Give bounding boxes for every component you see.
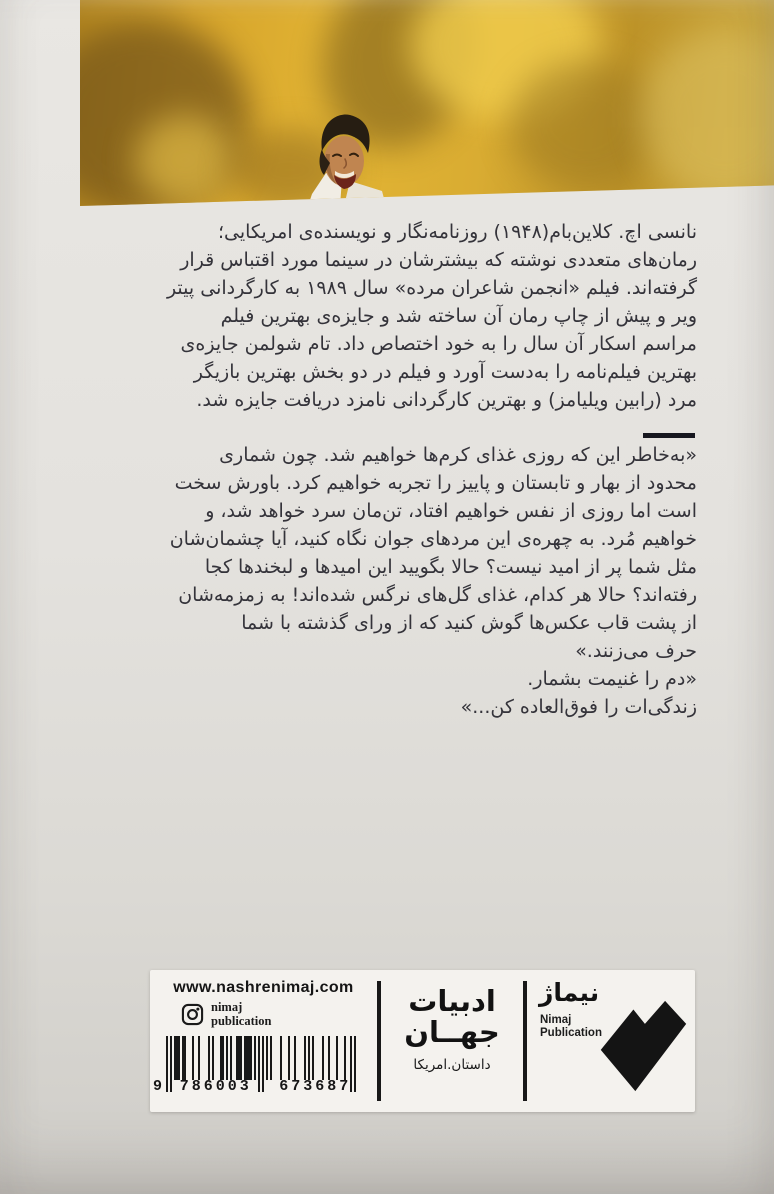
series-zone: ادبیات جهــان داستان.امریکا (381, 970, 523, 1112)
barcode-digits-left: 786003 (166, 1078, 266, 1095)
cover-photo (80, 0, 774, 206)
bio-line: بهترین فیلم‌نامه را به‌دست آورد و فیلم د… (175, 358, 697, 386)
excerpt-line: محدود از بهار و تابستان و پاییز را تجربه… (175, 469, 697, 497)
bio-line: مرد (رابین ویلیامز) و بهترین کارگردانی ن… (175, 386, 697, 414)
series-title: ادبیات جهــان (381, 986, 523, 1048)
excerpt-quote-line: «دم را غنیمت بشمار. (175, 665, 697, 693)
author-bio: نانسی اچ. کلاین‌بام(۱۹۴۸) روزنامه‌نگار و… (175, 218, 697, 414)
photo-highlight-blob (135, 115, 235, 205)
excerpt-line: مثل شما پر از امید نیست؟ حالا بگویید این… (175, 553, 697, 581)
barcode-digit-first: 9 (153, 1078, 166, 1095)
instagram-handle-line2: publication (211, 1015, 271, 1029)
laughing-man-portrait (302, 110, 390, 206)
publisher-website: www.nashrenimaj.com (150, 979, 377, 997)
nimaj-book-logo-icon (595, 996, 691, 1096)
instagram-row: nimaj publication (181, 1001, 377, 1029)
instagram-handle: nimaj publication (211, 1001, 271, 1029)
instagram-handle-line1: nimaj (211, 1001, 271, 1015)
book-excerpt: «به‌خاطر این که روزی غذای کرم‌ها خواهیم … (175, 441, 697, 721)
excerpt-quote-line: زندگی‌ات را فوق‌العاده کن...» (175, 693, 697, 721)
bio-line: مراسم اسکار آن سال را به خود اختصاص داد.… (175, 330, 697, 358)
section-divider-rule (643, 433, 695, 438)
publisher-label: www.nashrenimaj.com nimaj publication 9 … (150, 970, 695, 1112)
publisher-wordmark-fa: نیماژ (539, 978, 599, 1007)
barcode-digits-right: 673687 (266, 1078, 366, 1095)
barcode-digits: 9 786003 673687 (153, 1078, 365, 1095)
excerpt-line: است اما روزی از نفس خواهیم افتاد، تن‌مان… (175, 497, 697, 525)
barcode-zone: www.nashrenimaj.com nimaj publication 9 … (150, 970, 377, 1112)
series-subtitle: داستان.امریکا (381, 1057, 523, 1073)
book-back-cover: نانسی اچ. کلاین‌بام(۱۹۴۸) روزنامه‌نگار و… (0, 0, 774, 1194)
photo-highlight-blob (640, 30, 774, 200)
bio-line: ویر و پیش از چاپ رمان آن ساخته شد و جایز… (175, 302, 697, 330)
excerpt-line: از پشت قاب عکس‌ها گوش کنید که از ورای گذ… (175, 609, 697, 637)
publisher-name-en-line2: Publication (540, 1027, 602, 1040)
publisher-name-en: Nimaj Publication (540, 1014, 602, 1040)
series-title-line1: ادبیات (381, 986, 523, 1017)
publisher-name-en-line1: Nimaj (540, 1014, 602, 1027)
instagram-icon (181, 1003, 204, 1026)
bio-line: گرفته‌اند. فیلم «انجمن شاعران مرده» سال … (175, 274, 697, 302)
excerpt-line: رفته‌اند؟ حالا هر کدام، غذای گل‌های نرگس… (175, 581, 697, 609)
excerpt-line: حرف می‌زنند.» (175, 637, 697, 665)
bio-line: نانسی اچ. کلاین‌بام(۱۹۴۸) روزنامه‌نگار و… (175, 218, 697, 246)
bio-line: رمان‌های متعددی نوشته که بیشترشان در سین… (175, 246, 697, 274)
publisher-zone: نیماژ Nimaj Publication (527, 970, 695, 1112)
isbn-barcode: 9 786003 673687 (166, 1036, 356, 1098)
excerpt-line: «به‌خاطر این که روزی غذای کرم‌ها خواهیم … (175, 441, 697, 469)
series-title-line2: جهــان (381, 1017, 523, 1048)
excerpt-line: خواهیم مُرد. به چهره‌ی این مردهای جوان ن… (175, 525, 697, 553)
photo-shadow-blob (510, 60, 660, 190)
